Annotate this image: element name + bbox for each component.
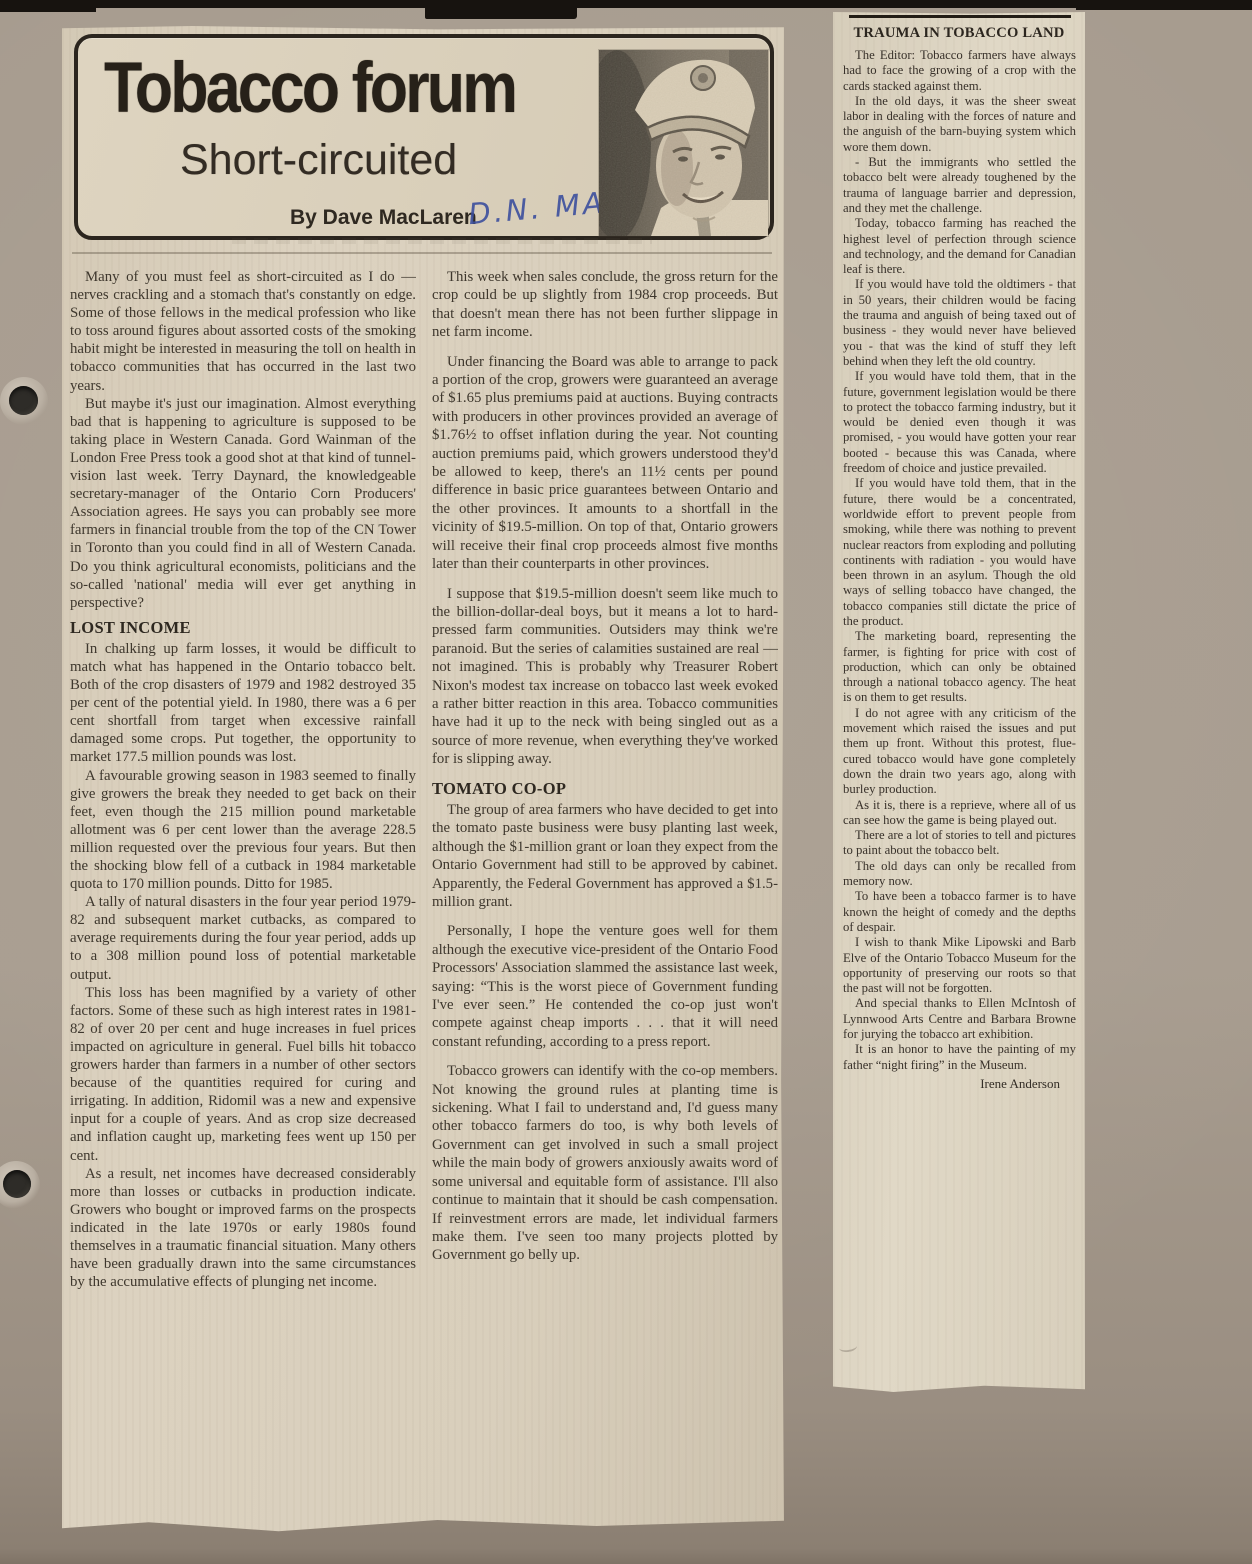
paragraph: A favourable growing season in 1983 seem… xyxy=(70,767,416,894)
paragraph: As it is, there is a reprieve, where all… xyxy=(843,798,1076,829)
paragraph: The Editor: Tobacco farmers have always … xyxy=(843,48,1076,94)
paragraph: In the old days, it was the sheer sweat … xyxy=(843,94,1076,155)
paragraph: This week when sales conclude, the gross… xyxy=(432,268,778,342)
paragraph: The group of area farmers who have decid… xyxy=(432,801,778,911)
paragraph: The marketing board, representing the fa… xyxy=(843,629,1076,705)
masthead-box: Tobacco forum Short-circuited By Dave Ma… xyxy=(74,34,774,240)
article-middle-column: This week when sales conclude, the gross… xyxy=(432,268,778,1528)
paragraph: But maybe it's just our imagination. Alm… xyxy=(70,395,416,612)
letter-paragraphs: The Editor: Tobacco farmers have always … xyxy=(843,48,1076,1073)
paragraph: The old days can only be recalled from m… xyxy=(843,859,1076,890)
section-heading: LOST INCOME xyxy=(70,619,416,637)
paragraph: If you would have told them, that in the… xyxy=(843,369,1076,476)
paragraph: If you would have told them, that in the… xyxy=(843,476,1076,629)
article-left-column: Many of you must feel as short-circuited… xyxy=(70,268,416,1528)
letter-headline: TRAUMA IN TOBACCO LAND xyxy=(839,25,1079,42)
portrait-photo xyxy=(599,50,768,236)
scan-edge-bar-left xyxy=(0,0,96,12)
divider-rule xyxy=(72,252,772,254)
letter-body-column: The Editor: Tobacco farmers have always … xyxy=(843,48,1076,1378)
paragraph: Under financing the Board was able to ar… xyxy=(432,353,778,574)
paragraph: This loss has been magnified by a variet… xyxy=(70,984,416,1165)
main-newspaper-clipping: Tobacco forum Short-circuited By Dave Ma… xyxy=(62,26,784,1532)
paragraph: If you would have told the oldtimers - t… xyxy=(843,277,1076,369)
scan-edge-bar xyxy=(0,0,1252,8)
ghost-print-line xyxy=(232,238,652,244)
scan-edge-tab xyxy=(425,0,577,19)
page-title: Tobacco forum xyxy=(104,46,515,128)
paragraph: And special thanks to Ellen McIntosh of … xyxy=(843,996,1076,1042)
paragraph: I do not agree with any criticism of the… xyxy=(843,706,1076,798)
paragraph: Tobacco growers can identify with the co… xyxy=(432,1062,778,1264)
article-subtitle: Short-circuited xyxy=(180,136,457,185)
punch-hole xyxy=(9,386,38,415)
paragraph: I wish to thank Mike Lipowski and Barb E… xyxy=(843,935,1076,996)
letter-clipping: TRAUMA IN TOBACCO LAND The Editor: Tobac… xyxy=(833,12,1085,1392)
paragraph: It is an honor to have the painting of m… xyxy=(843,1042,1076,1073)
paragraph: Today, tobacco farming has reached the h… xyxy=(843,216,1076,277)
paragraph: Personally, I hope the venture goes well… xyxy=(432,922,778,1051)
section-heading: TOMATO CO-OP xyxy=(432,780,778,798)
paragraph: To have been a tobacco farmer is to have… xyxy=(843,889,1076,935)
byline: By Dave MacLaren xyxy=(290,206,477,230)
paragraph: In chalking up farm losses, it would be … xyxy=(70,640,416,767)
clipping-top-rule xyxy=(849,15,1071,18)
paragraph: - But the immigrants who settled the tob… xyxy=(843,155,1076,216)
paragraph: As a result, net incomes have decreased … xyxy=(70,1165,416,1292)
scrapbook-page: { "colors": { "mat_background": "#a89d90… xyxy=(0,0,1252,1564)
paragraph: A tally of natural disasters in the four… xyxy=(70,893,416,983)
paragraph: There are a lot of stories to tell and p… xyxy=(843,828,1076,859)
scan-edge-bar-right xyxy=(1076,0,1252,10)
letter-signature: Irene Anderson xyxy=(843,1076,1076,1091)
punch-hole xyxy=(3,1170,31,1198)
paragraph: I suppose that $19.5-million doesn't see… xyxy=(432,585,778,769)
paragraph: Many of you must feel as short-circuited… xyxy=(70,268,416,395)
